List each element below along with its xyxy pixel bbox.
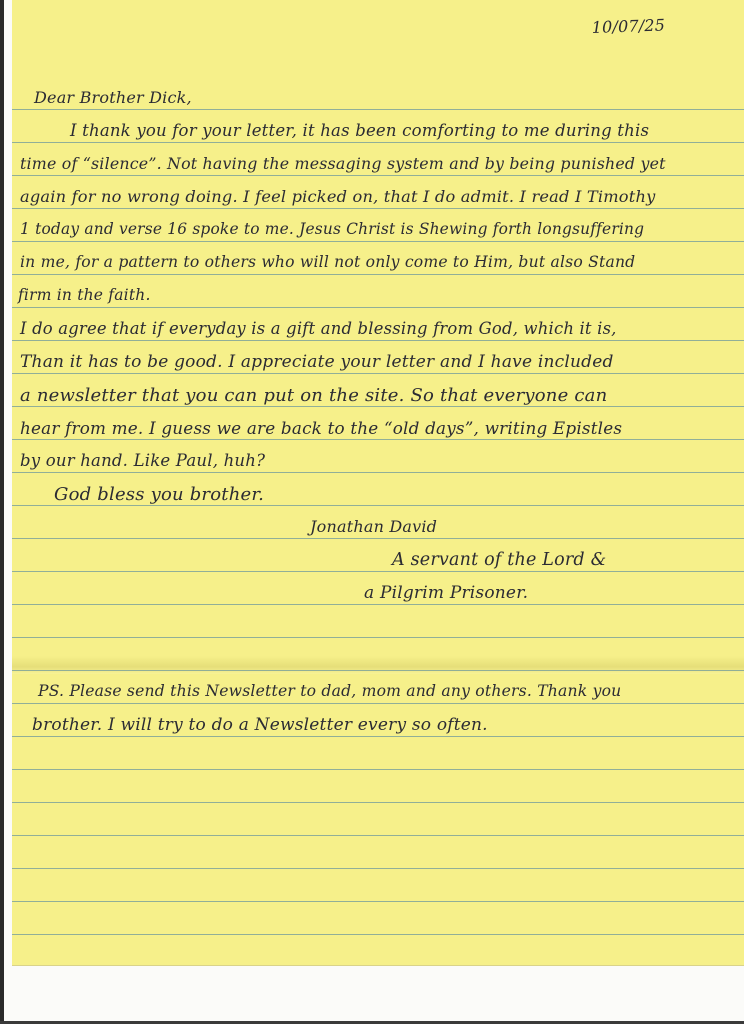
- legal-pad-page: 10/07/25 Dear Brother Dick, I thank you …: [12, 0, 744, 966]
- ruled-line: [12, 373, 744, 374]
- body-line: Than it has to be good. I appreciate you…: [20, 352, 614, 372]
- ruled-line: [12, 406, 744, 407]
- ruled-line: [12, 802, 744, 803]
- ruled-line: [12, 505, 744, 506]
- letter-date: 10/07/25: [591, 15, 665, 37]
- body-line: I thank you for your letter, it has been…: [70, 121, 649, 140]
- salutation: Dear Brother Dick,: [34, 88, 192, 107]
- ruled-line: [12, 736, 744, 737]
- ruled-line: [12, 901, 744, 902]
- ruled-line: [12, 142, 744, 143]
- ruled-line: [12, 538, 744, 539]
- ruled-line: [12, 868, 744, 869]
- body-line: a newsletter that you can put on the sit…: [20, 385, 607, 406]
- paper-fold: [12, 656, 744, 674]
- ruled-line: [12, 571, 744, 572]
- body-line: firm in the faith.: [18, 286, 151, 304]
- ruled-line: [12, 703, 744, 704]
- postscript-line: PS. Please send this Newsletter to dad, …: [38, 682, 621, 700]
- ruled-line: [12, 241, 744, 242]
- body-line: I do agree that if everyday is a gift an…: [20, 319, 617, 338]
- postscript-line: brother. I will try to do a Newsletter e…: [32, 715, 488, 735]
- ruled-line: [12, 274, 744, 275]
- ruled-line: [12, 670, 744, 671]
- body-line: hear from me. I guess we are back to the…: [20, 418, 622, 438]
- body-line: time of “silence”. Not having the messag…: [20, 154, 666, 173]
- body-line: again for no wrong doing. I feel picked …: [20, 187, 655, 206]
- ruled-line: [12, 835, 744, 836]
- ruled-line: [12, 934, 744, 935]
- ruled-line: [12, 340, 744, 341]
- signature-name: Jonathan David: [310, 517, 437, 536]
- ruled-line: [12, 307, 744, 308]
- ruled-line: [12, 604, 744, 605]
- signature-title: A servant of the Lord &: [392, 550, 606, 570]
- ruled-line: [12, 208, 744, 209]
- closing: God bless you brother.: [54, 484, 264, 505]
- body-line: in me, for a pattern to others who will …: [20, 253, 635, 271]
- signature-title: a Pilgrim Prisoner.: [364, 583, 528, 603]
- ruled-line: [12, 637, 744, 638]
- ruled-line: [12, 175, 744, 176]
- body-line: 1 today and verse 16 spoke to me. Jesus …: [20, 220, 644, 238]
- scan-edge-left: [0, 0, 4, 1024]
- ruled-line: [12, 109, 744, 110]
- ruled-line: [12, 769, 744, 770]
- body-line: by our hand. Like Paul, huh?: [20, 451, 265, 470]
- ruled-line: [12, 439, 744, 440]
- ruled-line: [12, 472, 744, 473]
